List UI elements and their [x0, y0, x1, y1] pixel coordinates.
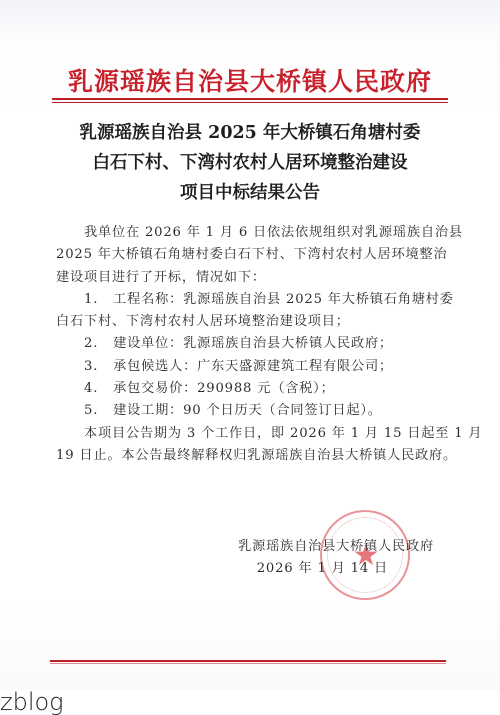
document-page: 乳源瑶族自治县大桥镇人民政府 乳源瑶族自治县 2025 年大桥镇石角塘村委 白石… [0, 0, 500, 690]
list-item-2: 2. 建设单位：乳源瑶族自治县大桥镇人民政府； [56, 333, 448, 355]
list-item-number: 5. [84, 403, 98, 418]
list-item-text: 建设工期：90 个日历天（合同签订日起）。 [113, 403, 382, 418]
masthead-org-name: 乳源瑶族自治县大桥镇人民政府 [0, 62, 500, 98]
title-line-3: 项目中标结果公告 [40, 178, 460, 208]
list-item-1: 1. 工程名称：乳源瑶族自治县 2025 年大桥镇石角塘村委 [56, 289, 448, 311]
list-item-number: 1. [84, 292, 98, 307]
list-item-text: 承包交易价：290988 元（含税）； [113, 381, 334, 396]
list-item-number: 4. [84, 381, 98, 396]
signature-org: 乳源瑶族自治县大桥镇人民政府 [220, 536, 460, 558]
list-item-number: 2. [84, 336, 98, 351]
intro-line-1: 我单位在 2026 年 1 月 6 日依法依规组织对乳源瑶族自治县 [56, 222, 448, 244]
footer-rule-thick [50, 660, 446, 662]
title-line-2: 白石下村、下湾村农村人居环境整治建设 [40, 148, 460, 178]
list-item-5: 5. 建设工期：90 个日历天（合同签订日起）。 [56, 400, 448, 422]
list-item-3: 3. 承包候选人：广东天盛源建筑工程有限公司； [56, 356, 448, 378]
document-title: 乳源瑶族自治县 2025 年大桥镇石角塘村委 白石下村、下湾村农村人居环境整治建… [40, 118, 460, 208]
intro-line-3: 建设项目进行了开标，情况如下： [56, 267, 448, 289]
list-item-text: 工程名称：乳源瑶族自治县 2025 年大桥镇石角塘村委 [113, 292, 453, 307]
closing-line-2: 19 日止。本公告最终解释权归乳源瑶族自治县大桥镇人民政府。 [56, 445, 448, 467]
list-item-number: 3. [84, 359, 98, 374]
document-body: 我单位在 2026 年 1 月 6 日依法依规组织对乳源瑶族自治县 2025 年… [56, 222, 448, 467]
watermark-text: zblog [0, 688, 64, 715]
list-item-4: 4. 承包交易价：290988 元（含税）； [56, 378, 448, 400]
closing-line-1: 本项目公告期为 3 个工作日，即 2026 年 1 月 15 日起至 1 月 [56, 423, 448, 445]
list-item-1-cont: 白石下村、下湾村农村人居环境整治建设项目； [56, 311, 448, 333]
signature-block: 乳源瑶族自治县大桥镇人民政府 2026 年 1 月 14 日 [220, 536, 460, 581]
list-item-text: 建设单位：乳源瑶族自治县大桥镇人民政府； [113, 336, 393, 351]
masthead-rule-thick [52, 98, 448, 100]
title-line-1: 乳源瑶族自治县 2025 年大桥镇石角塘村委 [40, 118, 460, 148]
masthead-rule-thin [52, 102, 448, 103]
footer-rule-thin [50, 663, 446, 664]
signature-date: 2026 年 1 月 14 日 [220, 558, 460, 580]
intro-line-2: 2025 年大桥镇石角塘村委白石下村、下湾村农村人居环境整治 [56, 244, 448, 266]
list-item-text: 承包候选人：广东天盛源建筑工程有限公司； [113, 359, 393, 374]
